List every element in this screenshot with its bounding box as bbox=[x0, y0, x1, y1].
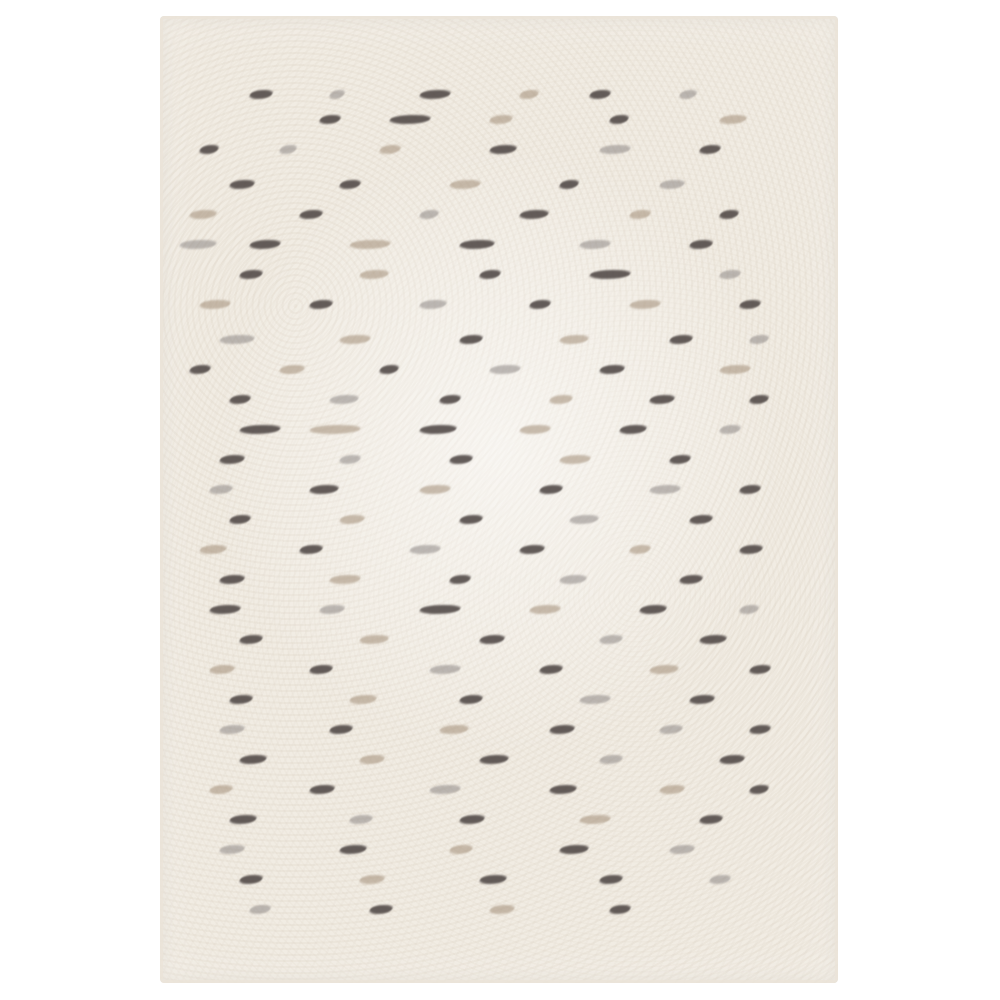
speckle-mark bbox=[458, 515, 484, 524]
speckle-mark bbox=[658, 725, 684, 734]
speckle-mark bbox=[308, 665, 334, 674]
speckle-mark bbox=[738, 605, 760, 614]
speckle-row bbox=[160, 145, 838, 159]
speckle-mark bbox=[678, 575, 704, 584]
speckle-mark bbox=[328, 90, 346, 99]
speckle-pattern bbox=[160, 16, 838, 983]
speckle-mark bbox=[718, 755, 746, 764]
speckle-mark bbox=[388, 115, 432, 124]
speckle-mark bbox=[688, 695, 716, 704]
speckle-mark bbox=[558, 575, 588, 584]
speckle-mark bbox=[298, 210, 324, 219]
speckle-mark bbox=[418, 605, 462, 614]
speckle-mark bbox=[548, 395, 574, 404]
speckle-mark bbox=[738, 485, 762, 494]
speckle-row bbox=[160, 240, 838, 254]
speckle-mark bbox=[198, 145, 220, 154]
speckle-row bbox=[160, 365, 838, 379]
speckle-row bbox=[160, 455, 838, 469]
speckle-mark bbox=[588, 270, 632, 279]
speckle-mark bbox=[578, 695, 612, 704]
speckle-row bbox=[160, 875, 838, 889]
speckle-mark bbox=[238, 875, 264, 884]
speckle-row bbox=[160, 695, 838, 709]
speckle-mark bbox=[518, 425, 552, 434]
speckle-row bbox=[160, 115, 838, 129]
speckle-mark bbox=[228, 515, 252, 524]
speckle-row bbox=[160, 755, 838, 769]
speckle-mark bbox=[458, 240, 496, 249]
speckle-mark bbox=[318, 115, 342, 124]
speckle-row bbox=[160, 270, 838, 284]
speckle-mark bbox=[488, 365, 522, 374]
speckle-mark bbox=[538, 665, 564, 674]
speckle-mark bbox=[488, 905, 516, 914]
speckle-mark bbox=[438, 725, 470, 734]
speckle-row bbox=[160, 395, 838, 409]
speckle-mark bbox=[358, 755, 386, 764]
speckle-row bbox=[160, 210, 838, 224]
speckle-row bbox=[160, 180, 838, 194]
speckle-row bbox=[160, 815, 838, 829]
speckle-mark bbox=[438, 395, 462, 404]
speckle-mark bbox=[338, 335, 372, 344]
speckle-mark bbox=[708, 875, 732, 884]
speckle-mark bbox=[358, 270, 390, 279]
speckle-mark bbox=[198, 545, 228, 554]
speckle-mark bbox=[688, 240, 714, 249]
speckle-mark bbox=[338, 180, 362, 189]
speckle-mark bbox=[408, 545, 442, 554]
speckle-mark bbox=[428, 665, 462, 674]
speckle-mark bbox=[228, 395, 252, 404]
speckle-row bbox=[160, 335, 838, 349]
speckle-mark bbox=[218, 335, 256, 344]
speckle-mark bbox=[738, 300, 762, 309]
speckle-mark bbox=[188, 365, 212, 374]
speckle-mark bbox=[478, 270, 502, 279]
speckle-mark bbox=[528, 300, 552, 309]
speckle-mark bbox=[338, 845, 368, 854]
speckle-mark bbox=[188, 210, 218, 219]
speckle-mark bbox=[228, 815, 258, 824]
speckle-mark bbox=[208, 665, 236, 674]
speckle-mark bbox=[598, 875, 624, 884]
speckle-mark bbox=[718, 210, 740, 219]
speckle-mark bbox=[558, 455, 592, 464]
speckle-row bbox=[160, 635, 838, 649]
speckle-row bbox=[160, 575, 838, 589]
speckle-mark bbox=[668, 845, 696, 854]
speckle-mark bbox=[368, 905, 394, 914]
speckle-mark bbox=[488, 115, 514, 124]
speckle-mark bbox=[448, 575, 472, 584]
speckle-mark bbox=[688, 515, 714, 524]
speckle-mark bbox=[448, 455, 474, 464]
speckle-mark bbox=[748, 335, 770, 344]
speckle-mark bbox=[418, 90, 452, 99]
speckle-mark bbox=[358, 635, 390, 644]
speckle-mark bbox=[198, 300, 232, 309]
speckle-mark bbox=[358, 875, 386, 884]
speckle-mark bbox=[338, 515, 366, 524]
speckle-mark bbox=[218, 455, 246, 464]
speckle-row bbox=[160, 905, 838, 919]
speckle-mark bbox=[628, 545, 652, 554]
speckle-mark bbox=[248, 90, 274, 99]
speckle-mark bbox=[448, 845, 474, 854]
speckle-mark bbox=[518, 210, 550, 219]
speckle-mark bbox=[238, 425, 282, 434]
speckle-mark bbox=[558, 845, 590, 854]
speckle-row bbox=[160, 605, 838, 619]
speckle-mark bbox=[718, 270, 742, 279]
speckle-mark bbox=[178, 240, 218, 249]
speckle-mark bbox=[308, 300, 334, 309]
speckle-row bbox=[160, 845, 838, 859]
speckle-mark bbox=[678, 90, 698, 99]
speckle-mark bbox=[748, 785, 770, 794]
speckle-mark bbox=[718, 425, 742, 434]
speckle-mark bbox=[318, 605, 346, 614]
speckle-mark bbox=[448, 180, 482, 189]
speckle-mark bbox=[578, 815, 612, 824]
speckle-mark bbox=[718, 365, 752, 374]
speckle-mark bbox=[598, 145, 632, 154]
speckle-mark bbox=[378, 145, 402, 154]
speckle-row bbox=[160, 725, 838, 739]
speckle-mark bbox=[668, 455, 692, 464]
speckle-mark bbox=[608, 115, 630, 124]
speckle-row bbox=[160, 485, 838, 499]
speckle-mark bbox=[228, 180, 256, 189]
speckle-mark bbox=[618, 425, 648, 434]
speckle-mark bbox=[698, 145, 722, 154]
speckle-mark bbox=[698, 635, 728, 644]
speckle-mark bbox=[548, 785, 578, 794]
speckle-mark bbox=[608, 905, 632, 914]
speckle-mark bbox=[418, 485, 452, 494]
speckle-mark bbox=[638, 605, 668, 614]
speckle-mark bbox=[458, 695, 484, 704]
speckle-mark bbox=[418, 210, 440, 219]
speckle-mark bbox=[278, 145, 298, 154]
speckle-mark bbox=[238, 755, 268, 764]
speckle-mark bbox=[558, 180, 580, 189]
speckle-mark bbox=[518, 545, 546, 554]
speckle-mark bbox=[528, 605, 562, 614]
speckle-mark bbox=[458, 335, 484, 344]
speckle-mark bbox=[238, 635, 264, 644]
speckle-mark bbox=[548, 725, 576, 734]
speckle-mark bbox=[218, 725, 246, 734]
speckle-mark bbox=[308, 485, 340, 494]
speckle-mark bbox=[568, 515, 600, 524]
speckle-mark bbox=[208, 605, 242, 614]
speckle-mark bbox=[598, 365, 626, 374]
shag-rug bbox=[160, 16, 838, 983]
speckle-mark bbox=[348, 695, 378, 704]
speckle-mark bbox=[648, 485, 682, 494]
speckle-mark bbox=[458, 815, 486, 824]
speckle-mark bbox=[208, 485, 234, 494]
speckle-mark bbox=[748, 395, 770, 404]
product-photo bbox=[0, 0, 1000, 1000]
speckle-row bbox=[160, 545, 838, 559]
speckle-mark bbox=[668, 335, 694, 344]
speckle-mark bbox=[478, 635, 506, 644]
speckle-row bbox=[160, 300, 838, 314]
speckle-mark bbox=[218, 575, 246, 584]
speckle-mark bbox=[488, 145, 518, 154]
speckle-mark bbox=[628, 210, 652, 219]
speckle-mark bbox=[248, 240, 282, 249]
speckle-mark bbox=[748, 725, 772, 734]
speckle-mark bbox=[348, 240, 392, 249]
speckle-mark bbox=[328, 725, 354, 734]
speckle-mark bbox=[578, 240, 612, 249]
speckle-mark bbox=[298, 545, 324, 554]
speckle-mark bbox=[558, 335, 590, 344]
speckle-mark bbox=[648, 665, 680, 674]
speckle-mark bbox=[658, 785, 686, 794]
speckle-mark bbox=[598, 755, 624, 764]
speckle-row bbox=[160, 90, 838, 104]
speckle-mark bbox=[478, 755, 510, 764]
speckle-mark bbox=[308, 425, 362, 434]
speckle-mark bbox=[428, 785, 462, 794]
speckle-row bbox=[160, 785, 838, 799]
speckle-mark bbox=[208, 785, 234, 794]
speckle-mark bbox=[328, 395, 360, 404]
speckle-row bbox=[160, 665, 838, 679]
speckle-mark bbox=[658, 180, 686, 189]
speckle-mark bbox=[538, 485, 564, 494]
speckle-mark bbox=[478, 875, 508, 884]
speckle-row bbox=[160, 425, 838, 439]
speckle-mark bbox=[698, 815, 724, 824]
speckle-mark bbox=[588, 90, 612, 99]
speckle-mark bbox=[418, 425, 458, 434]
speckle-mark bbox=[738, 545, 764, 554]
speckle-mark bbox=[748, 665, 772, 674]
speckle-mark bbox=[238, 270, 264, 279]
speckle-mark bbox=[718, 115, 748, 124]
speckle-mark bbox=[348, 815, 374, 824]
speckle-mark bbox=[308, 785, 336, 794]
speckle-mark bbox=[338, 455, 362, 464]
speckle-mark bbox=[228, 695, 254, 704]
speckle-mark bbox=[248, 905, 272, 914]
speckle-mark bbox=[328, 575, 362, 584]
speckle-mark bbox=[418, 300, 448, 309]
speckle-mark bbox=[518, 90, 540, 99]
speckle-mark bbox=[378, 365, 400, 374]
speckle-mark bbox=[218, 845, 246, 854]
speckle-mark bbox=[648, 395, 676, 404]
speckle-mark bbox=[628, 300, 662, 309]
speckle-mark bbox=[598, 635, 624, 644]
speckle-row bbox=[160, 515, 838, 529]
speckle-mark bbox=[278, 365, 306, 374]
